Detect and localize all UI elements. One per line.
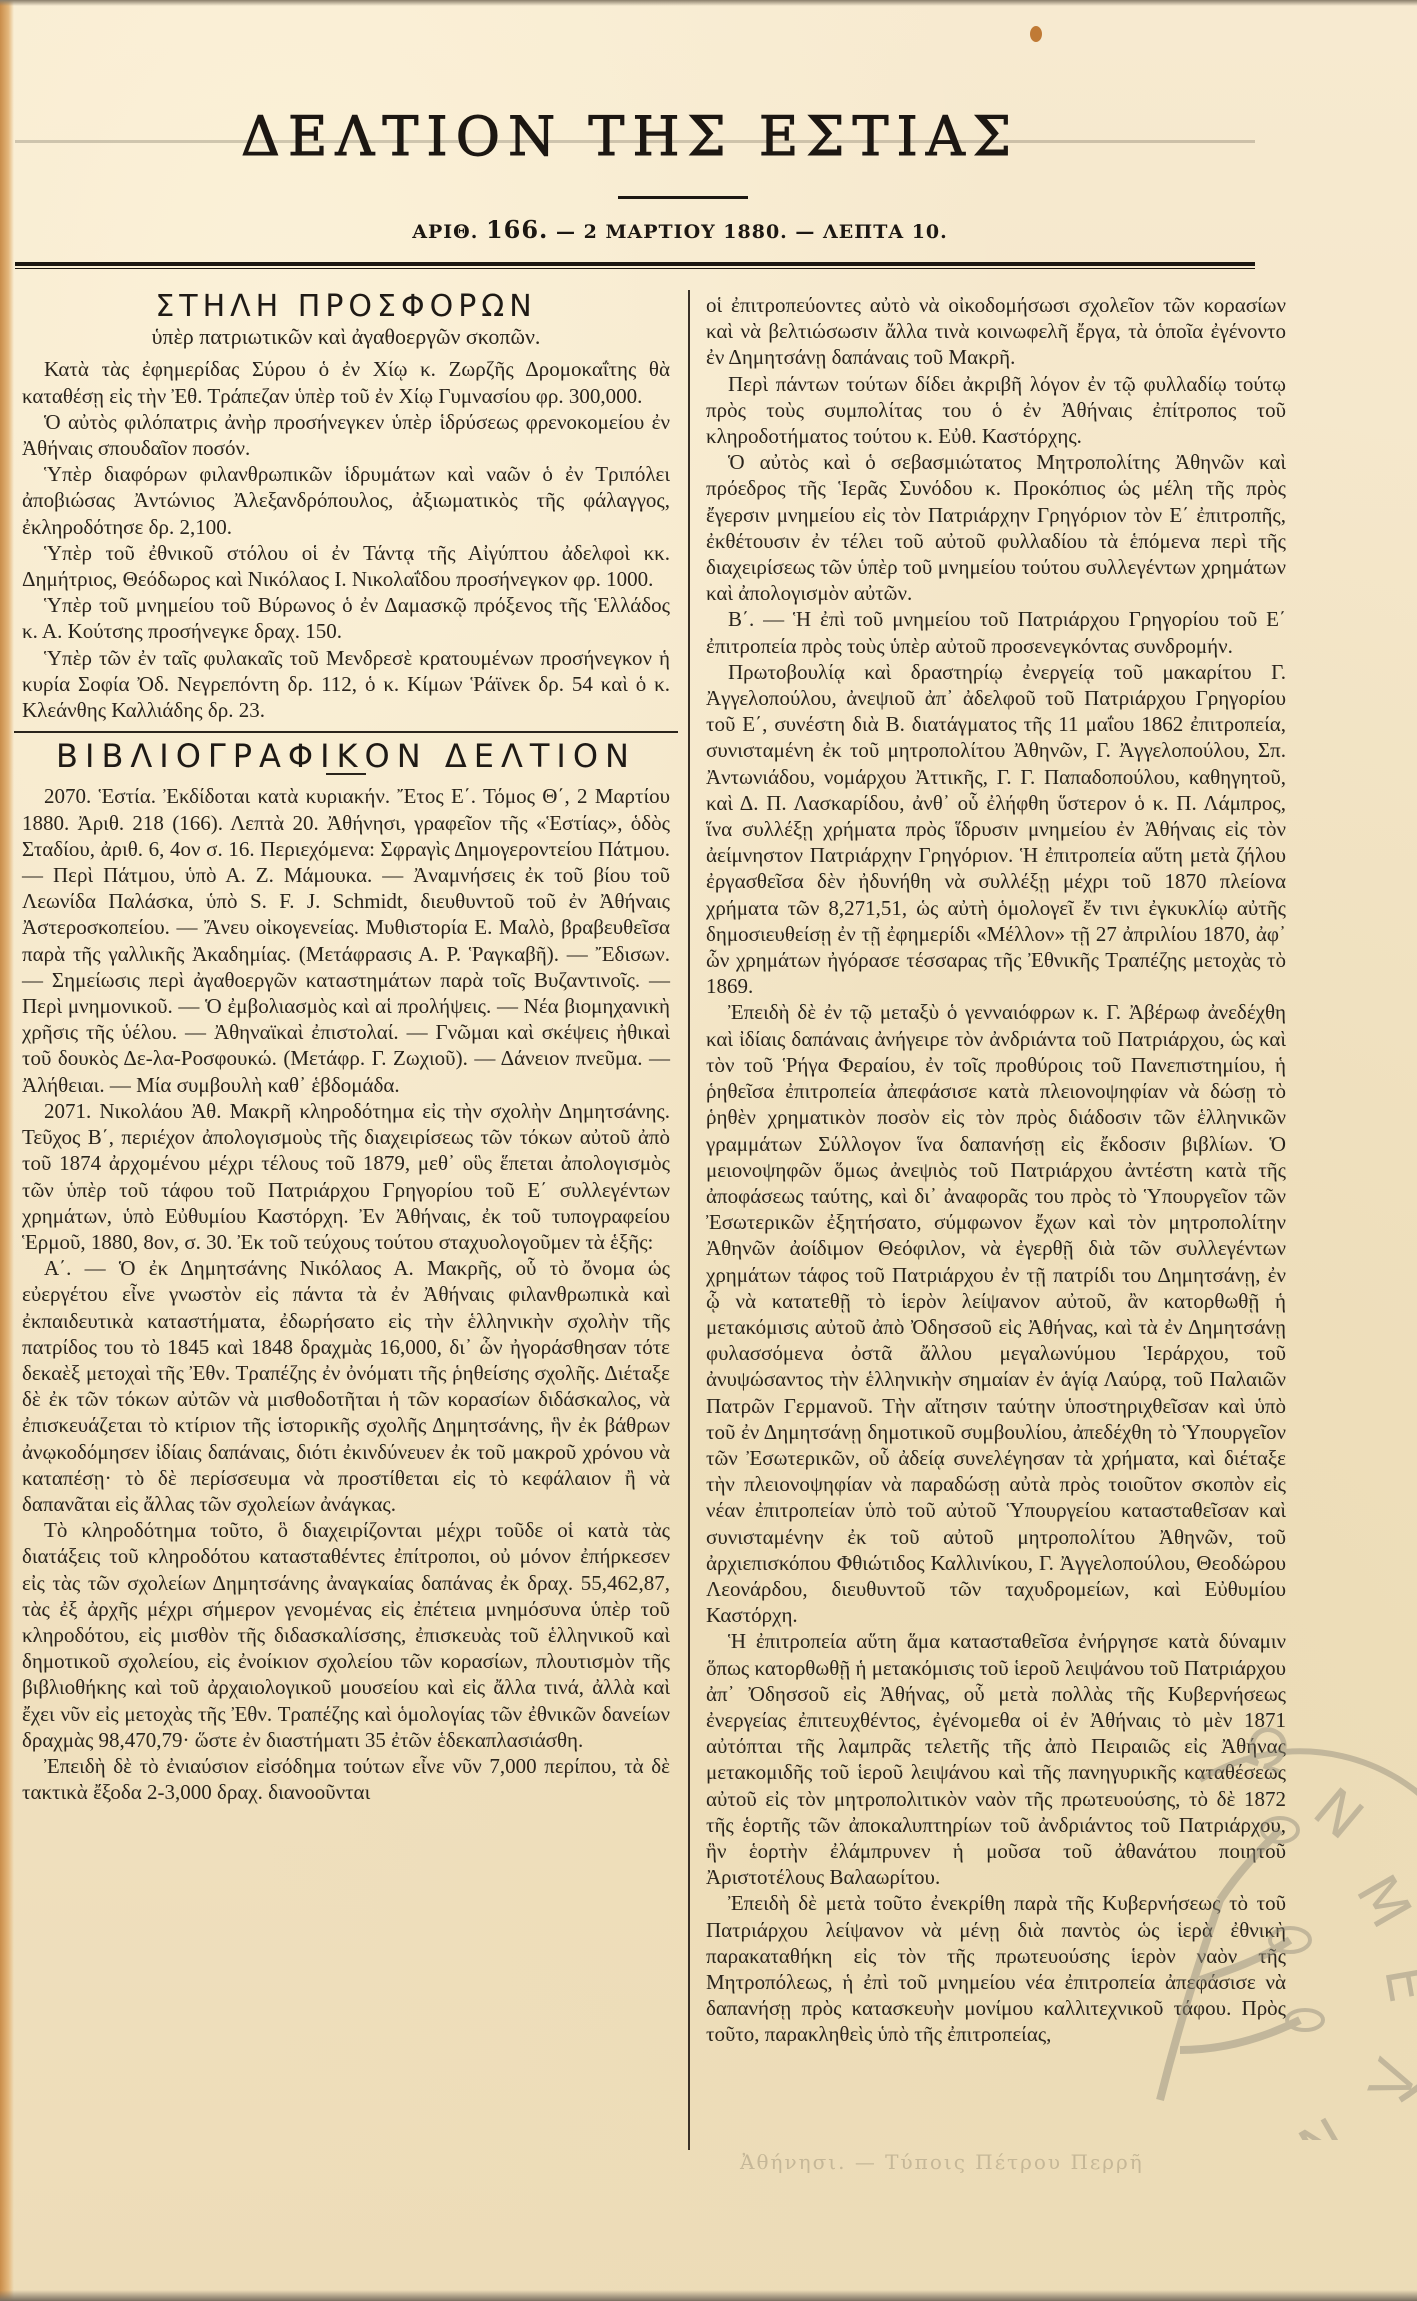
paragraph: Ὑπὲρ τοῦ μνημείου τοῦ Βύρωνος ὁ ἐν Δαμασ… <box>22 592 670 644</box>
section-title-bibliography: ΒΙΒΛΙΟΓΡΑΦΙΚΟΝ ΔΕΛΤΙΟΝ <box>22 743 670 769</box>
paragraph: Ὁ αὐτὸς καὶ ὁ σεβασμιώτατος Μητροπολίτης… <box>706 449 1286 606</box>
issue-number: 166. <box>486 215 548 244</box>
paragraph: Ἐπειδὴ δὲ μετὰ τοῦτο ἐνεκρίθη παρὰ τῆς Κ… <box>706 1890 1286 2047</box>
paragraph: Κατὰ τὰς ἐφημερίδας Σύρου ὁ ἐν Χίῳ κ. Ζω… <box>22 356 670 408</box>
paper-stain <box>1030 26 1042 42</box>
issue-prefix: ΑΡΙΘ. <box>412 221 478 243</box>
header-thick-rule <box>15 262 1255 266</box>
issue-line: ΑΡΙΘ. 166. — 2 ΜΑΡΤΙΟΥ 1880. — ΛΕΠΤΑ 10. <box>340 215 1020 244</box>
bibliography-entry-2070: 2070. Ἑστία. Ἐκδίδοται κατὰ κυριακήν. Ἔτ… <box>22 783 670 1097</box>
section-title-offerings: ΣΤΗΛΗ ΠΡΟΣΦΟΡΩΝ <box>22 294 670 320</box>
right-column: οἱ ἐπιτροπεύοντες αὐτὸ νὰ οἰκοδομήσωσι σ… <box>706 292 1286 2048</box>
paragraph: Ὁ αὐτὸς φιλόπατρις ἀνὴρ προσήνεγκεν ὑπὲρ… <box>22 409 670 461</box>
paragraph: Ἐπειδὴ δὲ ἐν τῷ μεταξὺ ὁ γενναιόφρων κ. … <box>706 999 1286 1628</box>
page-binding-edge <box>0 0 14 2301</box>
section-subtitle-offerings: ὑπὲρ πατριωτικῶν καὶ ἀγαθοεργῶν σκοπῶν. <box>22 324 670 350</box>
section-divider <box>14 731 678 733</box>
paragraph: Τὸ κληροδότημα τοῦτο, ὃ διαχειρίζονται μ… <box>22 1517 670 1753</box>
column-divider <box>688 290 690 2150</box>
bibliography-entry-2071: 2071. Νικολάου Ἀθ. Μακρῆ κληροδότημα εἰς… <box>22 1098 670 1255</box>
svg-text:Ν: Ν <box>1301 1776 1375 1853</box>
svg-text:Ε: Ε <box>1371 1961 1417 2007</box>
paragraph: Ἐπειδὴ δὲ τὸ ἐνιαύσιον εἰσόδημα τούτων ε… <box>22 1753 670 1805</box>
issue-date: — 2 ΜΑΡΤΙΟΥ 1880. <box>556 221 788 243</box>
paragraph: Ὑπὲρ τοῦ ἐθνικοῦ στόλου οἱ ἐν Τάντᾳ τῆς … <box>22 540 670 592</box>
header-thin-rule <box>15 268 1255 269</box>
svg-text:Λ: Λ <box>1354 2050 1417 2108</box>
svg-text:Ν: Ν <box>1287 2103 1356 2140</box>
paragraph: Ὑπὲρ τῶν ἐν ταῖς φυλακαῖς τοῦ Μενδρεσὲ κ… <box>22 645 670 724</box>
paragraph: Ἡ ἐπιτροπεία αὕτη ἅμα κατασταθεῖσα ἐνήργ… <box>706 1628 1286 1890</box>
paragraph: Α΄. — Ὁ ἐκ Δημητσάνης Νικόλαος Α. Μακρῆς… <box>22 1255 670 1517</box>
issue-price: — ΛΕΠΤΑ 10. <box>795 221 947 243</box>
page-bottom-edge <box>0 2290 1417 2301</box>
page-top-edge <box>0 0 1417 6</box>
bleed-through-imprint: Ἀθήνησι. — Τύποις Πέτρου Περρῆ <box>740 2150 1144 2174</box>
paragraph: οἱ ἐπιτροπεύοντες αὐτὸ νὰ οἰκοδομήσωσι σ… <box>706 292 1286 371</box>
paragraph: Β΄. — Ἡ ἐπὶ τοῦ μνημείου τοῦ Πατριάρχου … <box>706 606 1286 658</box>
paragraph: Περὶ πάντων τούτων δίδει ἀκριβῆ λόγον ἐν… <box>706 371 1286 450</box>
newspaper-page: ΔΕΛΤΙΟΝ ΤΗΣ ΕΣΤΙΑΣ ΑΡΙΘ. 166. — 2 ΜΑΡΤΙΟ… <box>0 0 1417 2301</box>
paragraph: Ὑπὲρ διαφόρων φιλανθρωπικῶν ἱδρυμάτων κα… <box>22 461 670 540</box>
masthead-separator <box>618 196 748 199</box>
svg-text:Μ: Μ <box>1343 1865 1417 1939</box>
paragraph: Πρωτοβουλίᾳ καὶ δραστηρίῳ ἐνεργείᾳ τοῦ μ… <box>706 659 1286 1000</box>
left-column: ΣΤΗΛΗ ΠΡΟΣΦΟΡΩΝ ὑπὲρ πατριωτικῶν καὶ ἀγα… <box>22 292 670 1805</box>
masthead-title: ΔΕΛΤΙΟΝ ΤΗΣ ΕΣΤΙΑΣ <box>150 105 1110 168</box>
